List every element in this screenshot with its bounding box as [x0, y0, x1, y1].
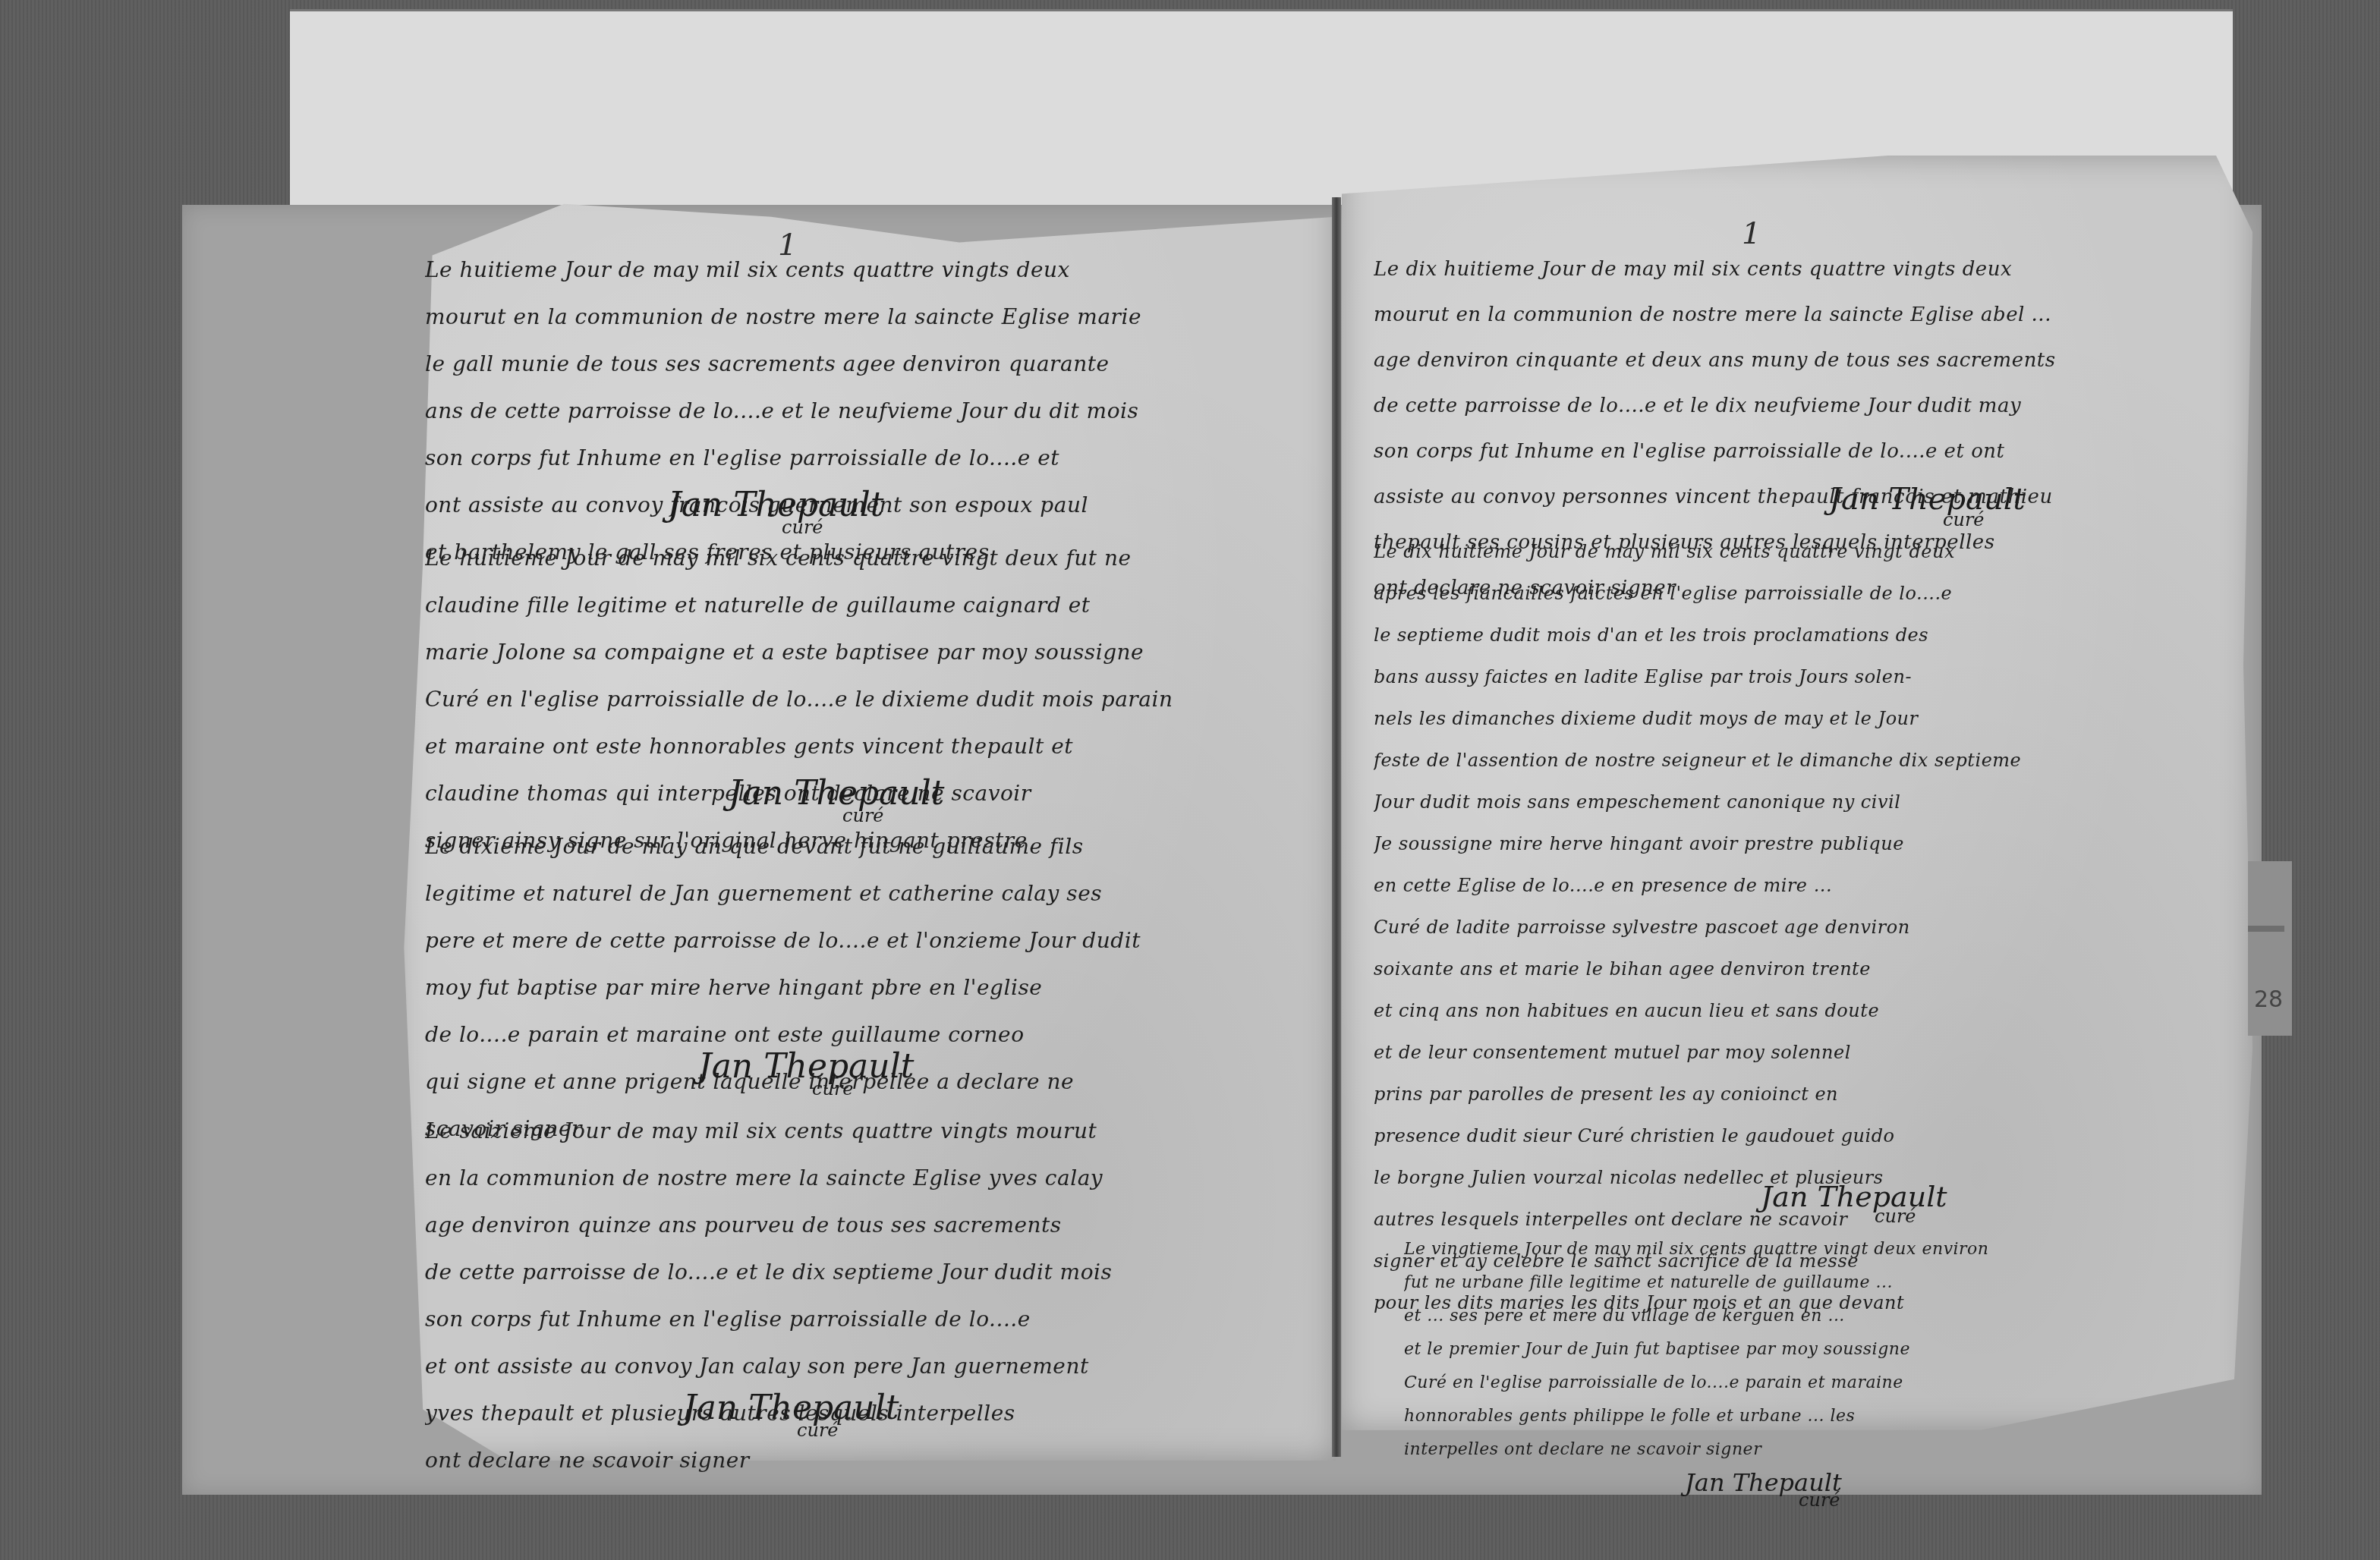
signature: Jan Thepault curé — [1829, 482, 2026, 530]
entry-line: prins par parolles de present les ay con… — [1374, 1074, 2239, 1115]
entry-line: bans aussy faictes en ladite Eglise par … — [1374, 656, 2239, 698]
entry-line: Curé de ladite parroisse sylvestre pasco… — [1374, 907, 2239, 948]
entry-line: pere et mere de cette parroisse de lo...… — [425, 917, 1321, 964]
entry-line: Le saizieme Jour de may mil six cents qu… — [425, 1108, 1321, 1155]
signature: Jan Thepault curé — [668, 486, 883, 538]
entry-line: son corps fut Inhume en l'eglise parrois… — [425, 435, 1321, 482]
book-spine — [1332, 197, 1341, 1457]
entry-line: mourut en la communion de nostre mere la… — [1374, 292, 2239, 338]
folio-number: 28 — [2254, 986, 2283, 1013]
entry-line: son corps fut Inhume en l'eglise parrois… — [425, 1296, 1321, 1343]
entry-line: Curé en l'eglise parroissialle de lo....… — [1404, 1367, 2239, 1400]
folio-tab: 28 — [2248, 861, 2292, 1036]
entry-line: Jour dudit mois sans empeschement canoni… — [1374, 782, 2239, 823]
entry-line: interpelles ont declare ne scavoir signe… — [1404, 1433, 2239, 1467]
right-entry-3: Le vingtieme Jour de may mil six cents q… — [1404, 1233, 2239, 1467]
signature: Jan Thepault curé — [698, 1047, 914, 1099]
entry-line: assiste au convoy personnes vincent thep… — [1374, 474, 2239, 520]
signature: Jan Thepault curé — [683, 1389, 899, 1441]
entry-line: soixante ans et marie le bihan agee denv… — [1374, 948, 2239, 990]
entry-line: de cette parroisse de lo....e et le dix … — [1374, 383, 2239, 429]
signature-name: Jan Thepault — [1761, 1180, 1947, 1213]
entry-line: Le dix huitieme Jour de may mil six cent… — [1374, 531, 2239, 573]
entry-line: en cette Eglise de lo....e en presence d… — [1374, 865, 2239, 907]
entry-line: ont declare ne scavoir signer — [425, 1437, 1321, 1484]
entry-line: Le dix huitieme Jour de may mil six cent… — [1374, 247, 2239, 292]
signature-name: Jan Thepault — [683, 1389, 899, 1427]
entry-line: de cette parroisse de lo....e et le dix … — [425, 1249, 1321, 1296]
entry-line: en la communion de nostre mere la sainct… — [425, 1155, 1321, 1202]
entry-line: marie Jolone sa compaigne et a este bapt… — [425, 629, 1321, 676]
entry-line: fut ne urbane fille legitime et naturell… — [1404, 1266, 2239, 1300]
tab-divider — [2248, 926, 2284, 932]
entry-line: feste de l'assention de nostre seigneur … — [1374, 740, 2239, 782]
entry-line: Le huitieme Jour de may mil six cents qu… — [425, 535, 1321, 582]
entry-line: Le dixieme Jour de may an que devant fut… — [425, 823, 1321, 870]
entry-line: et maraine ont este honnorables gents vi… — [425, 723, 1321, 770]
entry-line: age denviron cinquante et deux ans muny … — [1374, 338, 2239, 383]
entry-line: honnorables gents philippe le folle et u… — [1404, 1400, 2239, 1433]
entry-line: apres les fiancailles faictes en l'eglis… — [1374, 573, 2239, 615]
signature-name: Jan Thepault — [1829, 482, 2026, 517]
entry-line: age denviron quinze ans pourveu de tous … — [425, 1202, 1321, 1249]
entry-line: moy fut baptise par mire herve hingant p… — [425, 964, 1321, 1011]
entry-line: Le huitieme Jour de may mil six cents qu… — [425, 247, 1321, 294]
entry-line: ans de cette parroisse de lo....e et le … — [425, 388, 1321, 435]
entry-line: et ont assiste au convoy Jan calay son p… — [425, 1343, 1321, 1390]
signature-name: Jan Thepault — [668, 486, 883, 524]
entry-line: et ... ses pere et mere du village de ke… — [1404, 1300, 2239, 1333]
entry-line: Curé en l'eglise parroissialle de lo....… — [425, 676, 1321, 723]
entry-line: presence dudit sieur Curé christien le g… — [1374, 1115, 2239, 1157]
entry-line: mourut en la communion de nostre mere la… — [425, 294, 1321, 341]
entry-line: nels les dimanches dixieme dudit moys de… — [1374, 698, 2239, 740]
entry-line: le septieme dudit mois d'an et les trois… — [1374, 615, 2239, 656]
entry-line: legitime et naturel de Jan guernement et… — [425, 870, 1321, 917]
signature: Jan Thepault curé — [1685, 1468, 1842, 1511]
signature-name: Jan Thepault — [729, 774, 944, 813]
entry-line: Le vingtieme Jour de may mil six cents q… — [1404, 1233, 2239, 1266]
signature-title: curé — [1799, 1489, 1842, 1511]
entry-line: son corps fut Inhume en l'eglise parrois… — [1374, 429, 2239, 474]
entry-line: et cinq ans non habitues en aucun lieu e… — [1374, 990, 2239, 1032]
left-entry-3: Le dixieme Jour de may an que devant fut… — [425, 823, 1321, 1153]
signature-name: Jan Thepault — [698, 1047, 914, 1086]
entry-line: le gall munie de tous ses sacrements age… — [425, 341, 1321, 388]
signature: Jan Thepault curé — [729, 774, 944, 826]
entry-line: et de leur consentement mutuel par moy s… — [1374, 1032, 2239, 1074]
entry-line: et le premier Jour de Juin fut baptisee … — [1404, 1333, 2239, 1367]
signature: Jan Thepault curé — [1761, 1180, 1947, 1227]
entry-line: Je soussigne mire herve hingant avoir pr… — [1374, 823, 2239, 865]
entry-line: claudine fille legitime et naturelle de … — [425, 582, 1321, 629]
